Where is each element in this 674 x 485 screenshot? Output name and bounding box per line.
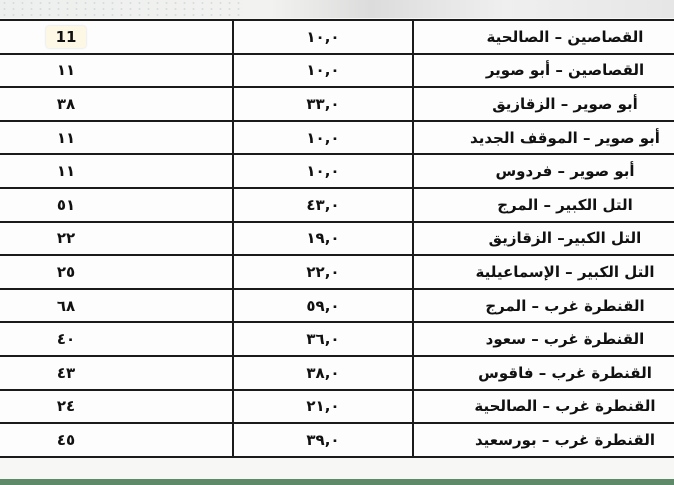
table-row: ٣١ القنطرة غرب – فاقوس ٣٨,٠ ٤٣ bbox=[0, 356, 674, 390]
route-cell: التل الكبير – المرج bbox=[413, 188, 674, 222]
old-fare-cell: ٢١,٠ bbox=[233, 390, 413, 424]
table-row: ٢٩ القنطرة غرب – المرج ٥٩,٠ ٦٨ bbox=[0, 289, 674, 323]
table-row: ٣٢ القنطرة غرب – الصالحية ٢١,٠ ٢٤ bbox=[0, 390, 674, 424]
new-fare-cell: ١١ bbox=[0, 121, 233, 155]
route-cell: القنطرة غرب – المرج bbox=[413, 289, 674, 323]
old-fare-cell: ٢٢,٠ bbox=[233, 255, 413, 289]
new-fare-cell: ١١ bbox=[0, 54, 233, 88]
new-fare-cell: ٤٣ bbox=[0, 356, 233, 390]
old-fare-cell: ٣٦,٠ bbox=[233, 322, 413, 356]
old-fare-cell: ١٠,٠ bbox=[233, 154, 413, 188]
new-fare-cell: ٢٤ bbox=[0, 390, 233, 424]
route-cell: القنطرة غرب – فاقوس bbox=[413, 356, 674, 390]
new-fare-cell: ٦٨ bbox=[0, 289, 233, 323]
route-cell: أبو صوير – فردوس bbox=[413, 154, 674, 188]
table-row: ٢٢ القصاصين – أبو صوير ١٠,٠ ١١ bbox=[0, 54, 674, 88]
route-cell: أبو صوير – الموقف الجديد bbox=[413, 121, 674, 155]
old-fare-cell: ١٠,٠ bbox=[233, 20, 413, 54]
table-row: ٣٣ القنطرة غرب – بورسعيد ٣٩,٠ ٤٥ bbox=[0, 423, 674, 457]
old-fare-cell: ٣٨,٠ bbox=[233, 356, 413, 390]
old-fare-cell: ١٠,٠ bbox=[233, 54, 413, 88]
old-fare-cell: ٤٣,٠ bbox=[233, 188, 413, 222]
fare-table: ٢١ القصاصين – الصالحية ١٠,٠ 11 ٢٢ القصاص… bbox=[0, 19, 674, 458]
route-cell: التل الكبير – الإسماعيلية bbox=[413, 255, 674, 289]
footer-decoration bbox=[0, 479, 674, 485]
new-fare-cell: ٢٥ bbox=[0, 255, 233, 289]
new-fare-cell: ٥١ bbox=[0, 188, 233, 222]
route-cell: القنطرة غرب – بورسعيد bbox=[413, 423, 674, 457]
table-row: ٢٧ التل الكبير– الزقازيق ١٩,٠ ٢٢ bbox=[0, 222, 674, 256]
table-row: ٢٥ أبو صوير – فردوس ١٠,٠ ١١ bbox=[0, 154, 674, 188]
route-cell: القنطرة غرب – الصالحية bbox=[413, 390, 674, 424]
table-row: ٣٠ القنطرة غرب – سعود ٣٦,٠ ٤٠ bbox=[0, 322, 674, 356]
table-row: ٢٨ التل الكبير – الإسماعيلية ٢٢,٠ ٢٥ bbox=[0, 255, 674, 289]
old-fare-cell: ٣٣,٠ bbox=[233, 87, 413, 121]
route-cell: القصاصين – الصالحية bbox=[413, 20, 674, 54]
highlighted-value: 11 bbox=[46, 26, 87, 48]
new-fare-cell: ٤٥ bbox=[0, 423, 233, 457]
route-cell: التل الكبير– الزقازيق bbox=[413, 222, 674, 256]
new-fare-cell: ٤٠ bbox=[0, 322, 233, 356]
table-row: ٢٣ أبو صوير – الزقازيق ٣٣,٠ ٣٨ bbox=[0, 87, 674, 121]
old-fare-cell: ٣٩,٠ bbox=[233, 423, 413, 457]
route-cell: القصاصين – أبو صوير bbox=[413, 54, 674, 88]
header-decoration bbox=[0, 0, 674, 18]
new-fare-cell: ٢٢ bbox=[0, 222, 233, 256]
table-row: ٢٤ أبو صوير – الموقف الجديد ١٠,٠ ١١ bbox=[0, 121, 674, 155]
old-fare-cell: ١٠,٠ bbox=[233, 121, 413, 155]
table-row: ٢١ القصاصين – الصالحية ١٠,٠ 11 bbox=[0, 20, 674, 54]
new-fare-cell: ١١ bbox=[0, 154, 233, 188]
document-page: ٢١ القصاصين – الصالحية ١٠,٠ 11 ٢٢ القصاص… bbox=[0, 0, 674, 485]
new-fare-cell: ٣٨ bbox=[0, 87, 233, 121]
old-fare-cell: ٥٩,٠ bbox=[233, 289, 413, 323]
table-row: ٢٦ التل الكبير – المرج ٤٣,٠ ٥١ bbox=[0, 188, 674, 222]
route-cell: القنطرة غرب – سعود bbox=[413, 322, 674, 356]
old-fare-cell: ١٩,٠ bbox=[233, 222, 413, 256]
new-fare-cell: 11 bbox=[0, 20, 233, 54]
route-cell: أبو صوير – الزقازيق bbox=[413, 87, 674, 121]
